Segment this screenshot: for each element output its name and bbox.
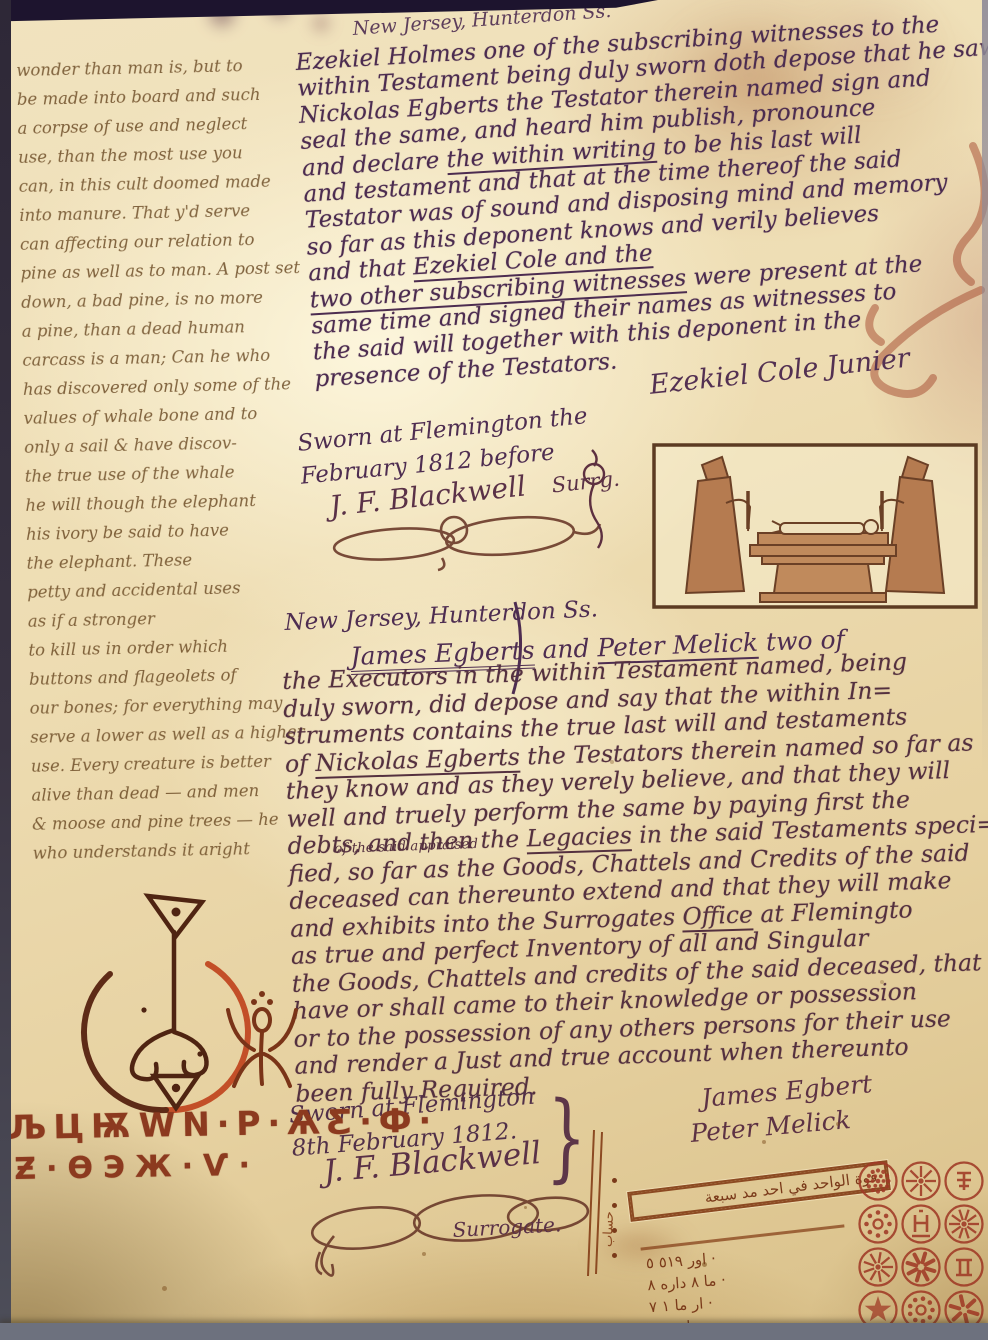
sigil-circle-dark-arc bbox=[84, 974, 166, 1110]
margin-annotation: wonder than man is, but tobe made into b… bbox=[16, 51, 289, 868]
manuscript-photo: wonder than man is, but tobe made into b… bbox=[0, 0, 988, 1340]
sigil-stem bbox=[132, 896, 207, 1108]
photo-edge-left bbox=[0, 0, 11, 1340]
text-line: he will though the elephant bbox=[25, 486, 282, 520]
witness-deposition-text: Ezekiel Holmes one of the subscribing wi… bbox=[295, 9, 988, 393]
occult-script-line-1: ЉЦѬWN·Ρ·ѦƸ·Ф· bbox=[8, 1100, 438, 1146]
occult-script-line-2: Ƶ·ѲЭЖ·Ѵ· bbox=[14, 1148, 260, 1187]
photo-edge-right bbox=[982, 0, 988, 777]
arabic-ruled-line: حساب bbox=[580, 1126, 632, 1286]
text-line: values of whale bone and to bbox=[23, 399, 280, 433]
text-line: & moose and pine trees — he bbox=[32, 804, 289, 838]
photo-edge-bottom bbox=[0, 1323, 988, 1340]
executor-deposition-text: the Executors in the within Testament na… bbox=[282, 646, 988, 1108]
occult-sigil bbox=[48, 882, 308, 1132]
funerary-scene-illustration bbox=[650, 441, 980, 611]
signature-flourish-top bbox=[322, 506, 602, 572]
red-seal-grid bbox=[856, 1158, 988, 1334]
ink-squiggle bbox=[572, 448, 616, 552]
text-line: who understands it aright bbox=[32, 833, 289, 867]
dot-column bbox=[612, 1158, 617, 1278]
